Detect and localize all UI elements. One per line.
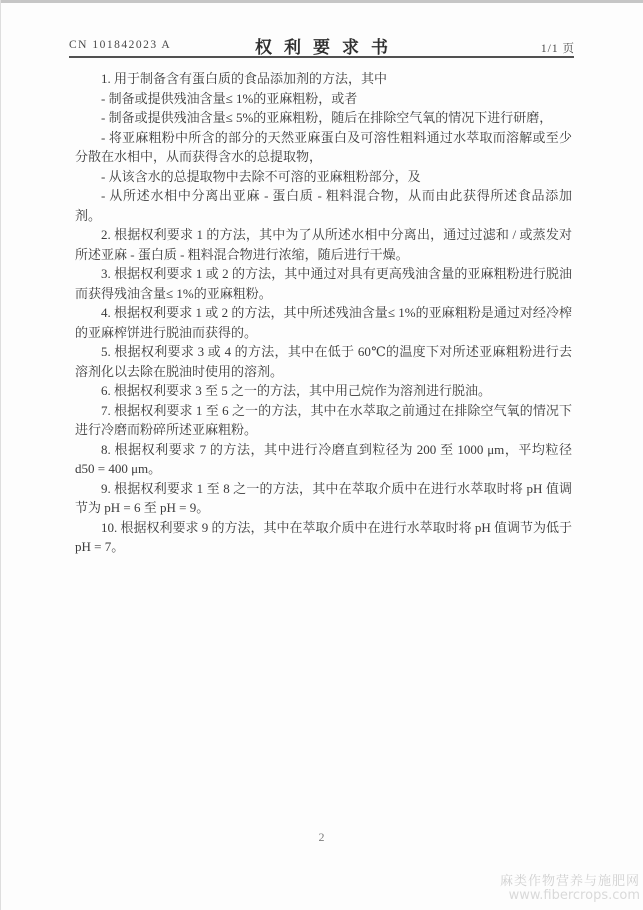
claims-text: 1. 用于制备含有蛋白质的食品添加剂的方法，其中- 制备或提供残油含量≤ 1%的… xyxy=(75,69,572,557)
page-number: 2 xyxy=(0,830,643,845)
watermark: 麻类作物营养与施肥网 www.fibercrops.com xyxy=(500,873,640,903)
scan-edge-top xyxy=(0,0,643,3)
claim-paragraph: 1. 用于制备含有蛋白质的食品添加剂的方法，其中 xyxy=(75,69,572,89)
page-indicator: 1/1 页 xyxy=(541,40,575,56)
watermark-url: www.fibercrops.com xyxy=(500,888,640,903)
claim-paragraph: - 从该含水的总提取物中去除不可溶的亚麻粗粉部分，及 xyxy=(75,167,572,187)
claim-paragraph: 7. 根据权利要求 1 至 6 之一的方法，其中在水萃取之前通过在排除空气氧的情… xyxy=(75,401,572,440)
patent-claims-page: CN 101842023 A 权利要求书 1/1 页 1. 用于制备含有蛋白质的… xyxy=(0,0,643,910)
claim-paragraph: 10. 根据权利要求 9 的方法，其中在萃取介质中在进行水萃取时将 pH 值调节… xyxy=(75,518,572,557)
claim-paragraph: - 制备或提供残油含量≤ 1%的亚麻粗粉，或者 xyxy=(75,89,572,109)
claim-paragraph: 8. 根据权利要求 7 的方法，其中进行冷磨直到粒径为 200 至 1000 μ… xyxy=(75,440,572,479)
claim-paragraph: 2. 根据权利要求 1 的方法，其中为了从所述水相中分离出，通过过滤和 / 或蒸… xyxy=(75,225,572,264)
scan-edge-left xyxy=(0,0,1,910)
claim-paragraph: - 从所述水相中分离出亚麻 - 蛋白质 - 粗料混合物，从而由此获得所述食品添加… xyxy=(75,186,572,225)
claim-paragraph: - 将亚麻粗粉中所含的部分的天然亚麻蛋白及可溶性粗料通过水萃取而溶解或至少分散在… xyxy=(75,128,572,167)
watermark-site-name: 麻类作物营养与施肥网 xyxy=(500,873,640,888)
header-rule xyxy=(69,56,574,58)
claim-paragraph: 3. 根据权利要求 1 或 2 的方法，其中通过对具有更高残油含量的亚麻粗粉进行… xyxy=(75,264,572,303)
claim-paragraph: 5. 根据权利要求 3 或 4 的方法，其中在低于 60℃的温度下对所述亚麻粗粉… xyxy=(75,342,572,381)
claim-paragraph: 6. 根据权利要求 3 至 5 之一的方法，其中用己烷作为溶剂进行脱油。 xyxy=(75,381,572,401)
claim-paragraph: 9. 根据权利要求 1 至 8 之一的方法，其中在萃取介质中在进行水萃取时将 p… xyxy=(75,479,572,518)
claim-paragraph: 4. 根据权利要求 1 或 2 的方法，其中所述残油含量≤ 1%的亚麻粗粉是通过… xyxy=(75,303,572,342)
claim-paragraph: - 制备或提供残油含量≤ 5%的亚麻粗粉，随后在排除空气氧的情况下进行研磨， xyxy=(75,108,572,128)
